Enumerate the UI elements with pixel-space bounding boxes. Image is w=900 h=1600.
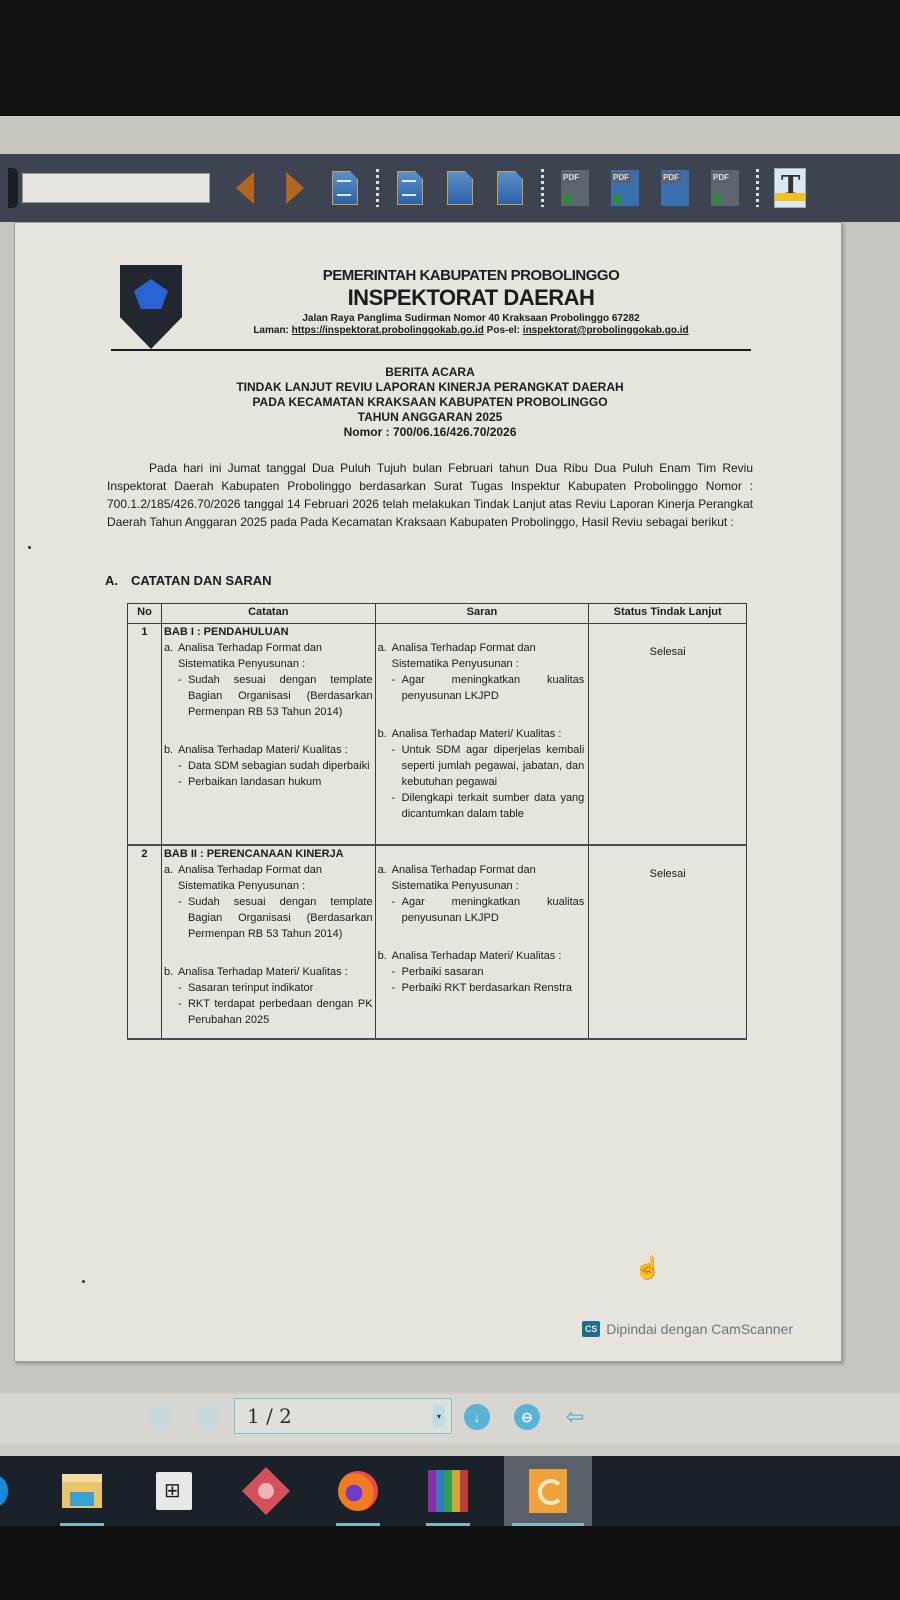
text-tool-icon[interactable] <box>774 169 806 207</box>
catatan-cell: BAB I : PENDAHULUAN a.Analisa Terhadap F… <box>161 624 375 846</box>
catatan-point: -RKT terdapat perbedaan dengan PK Peruba… <box>164 996 373 1028</box>
document-properties-icon[interactable] <box>329 169 361 207</box>
document-title: BERITA ACARA TINDAK LANJUT REVIU LAPORAN… <box>115 365 745 440</box>
row-number: 2 <box>128 845 162 1039</box>
saran-point: -Agar meningkatkan kualitas penyusunan L… <box>378 672 585 704</box>
website-link[interactable]: https://inspektorat.probolinggokab.go.id <box>292 325 484 336</box>
header-catatan: Catatan <box>161 604 375 624</box>
store-icon <box>156 1472 192 1510</box>
status-badge: Selesai <box>650 868 686 880</box>
document-page: PEMERINTAH KABUPATEN PROBOLINGGO INSPEKT… <box>14 222 842 1362</box>
monitor-bezel-bottom <box>0 1526 900 1600</box>
forward-arrow-icon[interactable]: ⇨ <box>606 1406 636 1428</box>
section-letter: A. <box>105 573 131 588</box>
status-cell: Selesai <box>589 624 747 846</box>
title-line-3: PADA KECAMATAN KRAKSAAN KABUPATEN PROBOL… <box>115 395 745 410</box>
previous-page-icon[interactable] <box>196 1404 220 1430</box>
laman-label: Laman: <box>253 325 289 336</box>
header-status: Status Tindak Lanjut <box>589 604 747 624</box>
edge-browser-icon[interactable] <box>0 1476 8 1506</box>
section-title: CATATAN DAN SARAN <box>131 573 272 588</box>
document-number: Nomor : 700/06.16/426.70/2026 <box>115 425 745 440</box>
saran-point: -Perbaiki sasaran <box>378 964 585 980</box>
saran-item-a: a.Analisa Terhadap Format dan Sistematik… <box>378 640 585 672</box>
saran-cell: a.Analisa Terhadap Format dan Sistematik… <box>375 624 589 846</box>
back-arrow-icon[interactable]: ⇦ <box>560 1406 590 1428</box>
header-saran: Saran <box>375 604 589 624</box>
pdf-print-icon[interactable]: PDF <box>609 169 641 207</box>
page-navigation-bar: 1 / 2 ▾ ↓ ⊖ ⇦ ⇨ <box>0 1394 900 1444</box>
scan-speck <box>28 546 31 549</box>
pdf-convert-icon[interactable]: PDF <box>709 169 741 207</box>
title-line-1: BERITA ACARA <box>115 365 745 380</box>
saran-point: -Perbaiki RKT berdasarkan Renstra <box>378 980 585 996</box>
regency-logo <box>120 265 182 349</box>
watermark-text: Dipindai dengan CamScanner <box>606 1321 793 1337</box>
agency-address: Jalan Raya Panglima Sudirman Nomor 40 Kr… <box>187 313 755 324</box>
toolbar-separator <box>541 169 544 207</box>
prev-page-icon[interactable] <box>229 169 261 207</box>
compass-icon <box>242 1467 290 1515</box>
catatan-item-a: a.Analisa Terhadap Format dan Sistematik… <box>164 862 373 894</box>
catatan-item-a: a.Analisa Terhadap Format dan Sistematik… <box>164 640 373 672</box>
catatan-point: -Sasaran terinput indikator <box>164 980 373 996</box>
saran-item-b: b.Analisa Terhadap Materi/ Kualitas : <box>378 726 585 742</box>
toolbar-search-input[interactable] <box>22 173 210 203</box>
opening-paragraph: Pada hari ini Jumat tanggal Dua Puluh Tu… <box>107 459 753 531</box>
monitor-bezel-top <box>0 0 900 118</box>
toolbar-edge <box>8 168 18 208</box>
title-line-2: TINDAK LANJUT REVIU LAPORAN KINERJA PERA… <box>115 380 745 395</box>
taskbar <box>0 1456 900 1526</box>
catatan-cell: BAB II : PERENCANAAN KINERJA a.Analisa T… <box>161 845 375 1039</box>
scan-speck <box>82 1280 85 1283</box>
zoom-icon[interactable]: ⊖ <box>514 1404 540 1430</box>
page-selector[interactable]: 1 / 2 ▾ <box>234 1398 452 1434</box>
catatan-point: -Perbaikan landasan hukum <box>164 774 373 790</box>
catatan-point: -Sudah sesuai dengan template Bagian Org… <box>164 894 373 942</box>
pdf-save-icon[interactable]: PDF <box>659 169 691 207</box>
saran-item-b: b.Analisa Terhadap Materi/ Kualitas : <box>378 948 585 964</box>
next-page-icon[interactable] <box>279 169 311 207</box>
saran-point: -Untuk SDM agar diperjelas kembali seper… <box>378 742 585 790</box>
pdf-export-icon[interactable]: PDF <box>559 169 591 207</box>
folder-icon <box>62 1474 102 1508</box>
fit-height-icon[interactable] <box>444 169 476 207</box>
page-indicator: 1 / 2 <box>235 1404 433 1428</box>
taskbar-winrar[interactable] <box>418 1456 478 1526</box>
catatan-item-b: b.Analisa Terhadap Materi/ Kualitas : <box>164 964 373 980</box>
chapter-title: BAB II : PERENCANAAN KINERJA <box>164 846 373 862</box>
section-heading: A.CATATAN DAN SARAN <box>105 573 272 588</box>
taskbar-file-explorer[interactable] <box>52 1456 112 1526</box>
toolbar-separator <box>376 169 379 207</box>
header-no: No <box>128 604 162 624</box>
taskbar-pdf-reader[interactable] <box>504 1456 592 1526</box>
table-row: 2 BAB II : PERENCANAAN KINERJA a.Analisa… <box>128 845 747 1039</box>
taskbar-microsoft-store[interactable] <box>144 1456 204 1526</box>
firefox-icon <box>338 1471 378 1511</box>
letterhead: PEMERINTAH KABUPATEN PROBOLINGGO INSPEKT… <box>105 265 755 355</box>
status-cell: Selesai <box>589 845 747 1039</box>
catatan-item-b: b.Analisa Terhadap Materi/ Kualitas : <box>164 742 373 758</box>
saran-point: -Dilengkapi terkait sumber data yang dic… <box>378 790 585 822</box>
chapter-title: BAB I : PENDAHULUAN <box>164 624 373 640</box>
hand-cursor-icon: ☝ <box>634 1255 661 1281</box>
catatan-point: -Data SDM sebagian sudah diperbaiki <box>164 758 373 774</box>
status-badge: Selesai <box>650 646 686 658</box>
saran-item-a: a.Analisa Terhadap Format dan Sistematik… <box>378 862 585 894</box>
camscanner-watermark: CS Dipindai dengan CamScanner <box>582 1321 793 1337</box>
first-page-icon[interactable] <box>148 1404 172 1430</box>
toolbar-separator <box>756 169 759 207</box>
taskbar-firefox[interactable] <box>328 1456 388 1526</box>
agency-contact: Laman: https://inspektorat.probolinggoka… <box>187 325 755 336</box>
chevron-down-icon[interactable]: ▾ <box>433 1405 445 1427</box>
title-line-4: TAHUN ANGGARAN 2025 <box>115 410 745 425</box>
winrar-icon <box>428 1470 468 1512</box>
email-label: Pos-el: <box>487 325 520 336</box>
taskbar-compass-app[interactable] <box>236 1456 296 1526</box>
download-icon[interactable]: ↓ <box>464 1404 490 1430</box>
saran-cell: a.Analisa Terhadap Format dan Sistematik… <box>375 845 589 1039</box>
letterhead-divider <box>111 349 751 351</box>
fit-page-icon[interactable] <box>394 169 426 207</box>
catatan-point: -Sudah sesuai dengan template Bagian Org… <box>164 672 373 720</box>
email-link[interactable]: inspektorat@probolinggokab.go.id <box>523 325 689 336</box>
notes-table: No Catatan Saran Status Tindak Lanjut 1 … <box>127 603 747 1040</box>
window-title-strip <box>0 118 900 156</box>
fit-width-icon[interactable] <box>494 169 526 207</box>
pdf-reader-icon <box>529 1469 567 1513</box>
government-name: PEMERINTAH KABUPATEN PROBOLINGGO <box>187 267 755 284</box>
agency-name: INSPEKTORAT DAERAH <box>187 285 755 311</box>
table-row: 1 BAB I : PENDAHULUAN a.Analisa Terhadap… <box>128 624 747 846</box>
viewer-toolbar: PDF PDF PDF PDF <box>0 154 900 222</box>
row-number: 1 <box>128 624 162 846</box>
camscanner-logo-icon: CS <box>582 1321 600 1337</box>
saran-point: -Agar meningkatkan kualitas penyusunan L… <box>378 894 585 926</box>
